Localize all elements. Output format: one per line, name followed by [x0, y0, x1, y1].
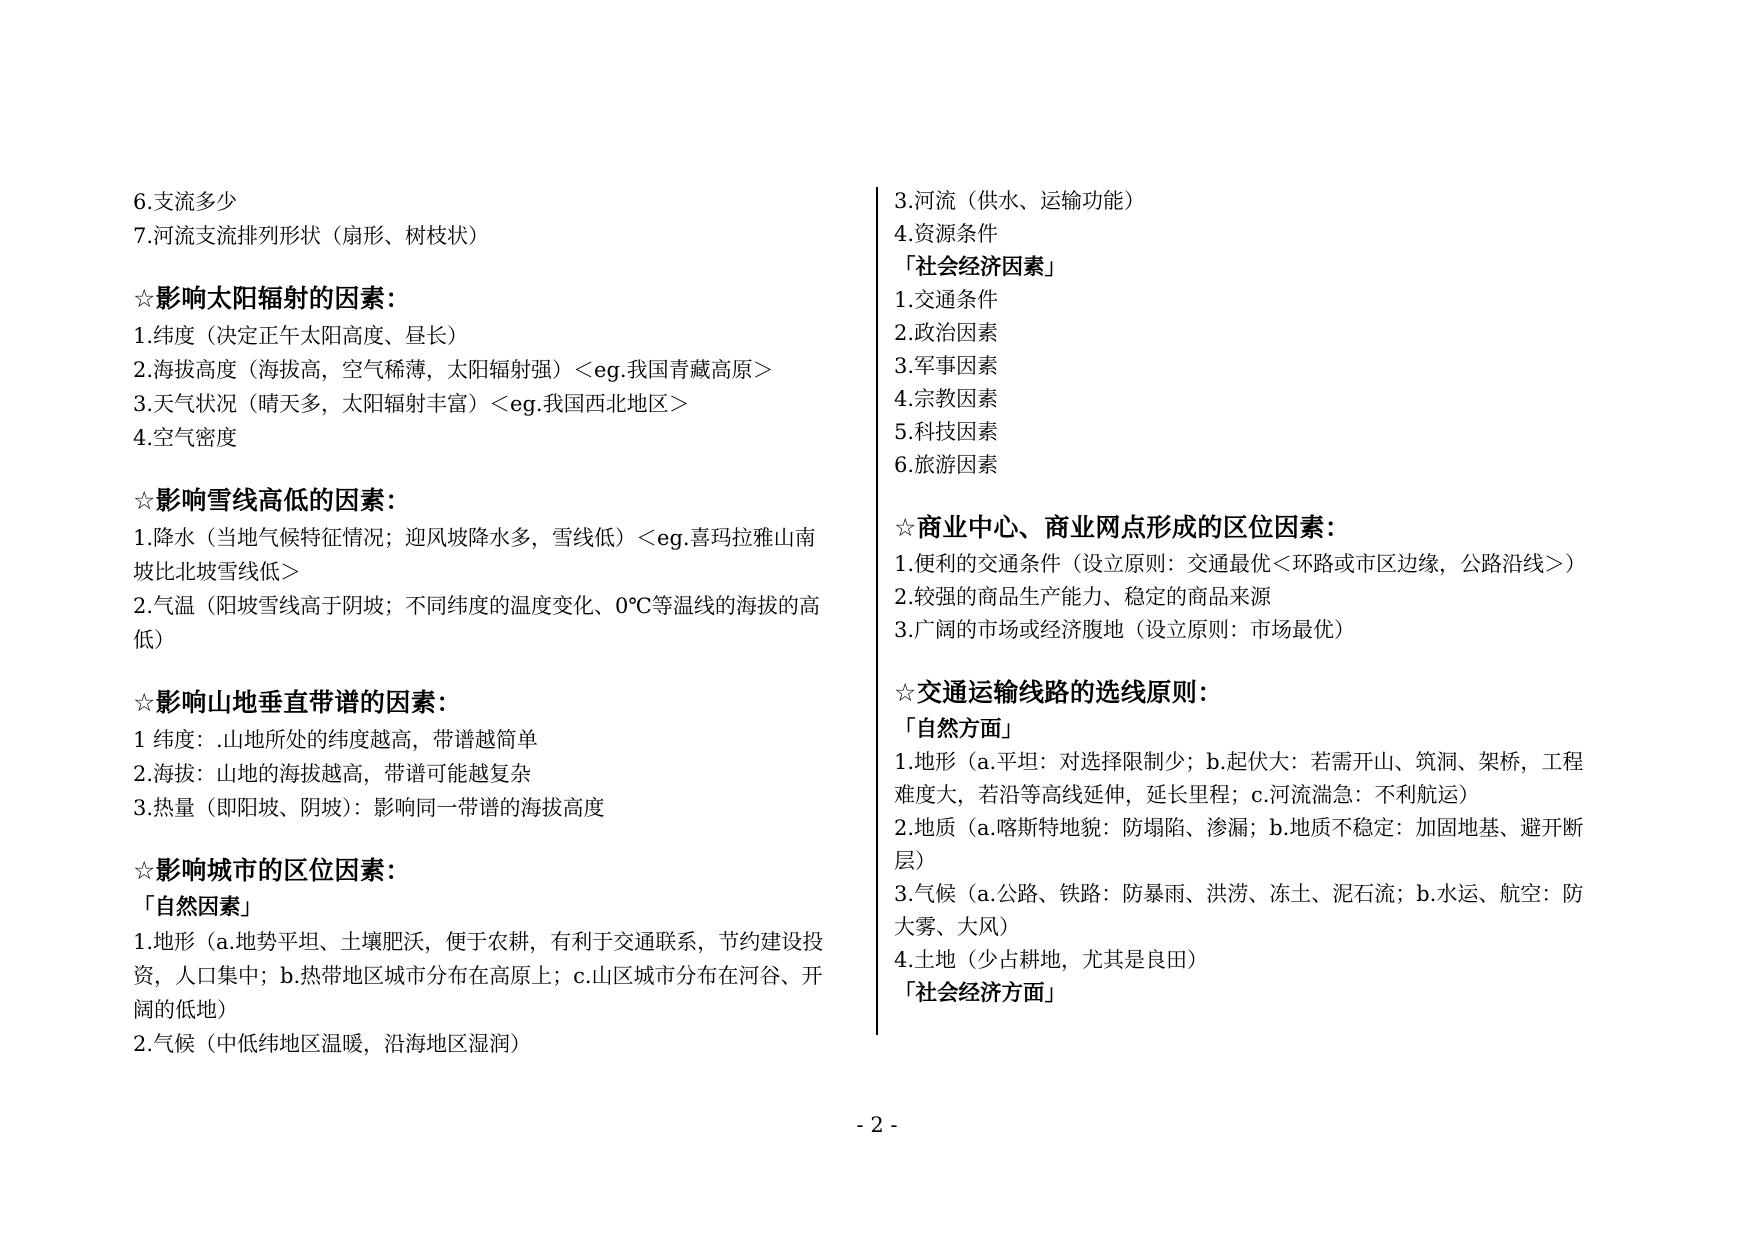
text-line: 1.交通条件 — [894, 284, 1640, 317]
text-line: 3.气候（a.公路、铁路：防暴雨、洪涝、冻土、泥石流；b.水运、航空：防 — [894, 878, 1640, 911]
subsection-heading: 「社会经济方面」 — [894, 977, 1640, 1010]
page-footer: - 2 - — [0, 1113, 1754, 1137]
text-line: 1.便利的交通条件（设立原则：交通最优＜环路或市区边缘，公路沿线＞） — [894, 548, 1640, 581]
text-line: 资，人口集中；b.热带地区城市分布在高原上；c.山区城市分布在河谷、开 — [133, 959, 855, 993]
section-heading: ☆影响雪线高低的因素： — [133, 481, 855, 521]
page-number: - 2 - — [857, 1113, 898, 1137]
text-line: 1 纬度：.山地所处的纬度越高，带谱越简单 — [133, 723, 855, 757]
text-line: 7.河流支流排列形状（扇形、树枝状） — [133, 219, 855, 253]
subsection-heading: 「自然方面」 — [894, 713, 1640, 746]
text-line: 层） — [894, 845, 1640, 878]
subsection-heading: 「社会经济因素」 — [894, 251, 1640, 284]
text-line: 2.政治因素 — [894, 317, 1640, 350]
text-line: 2.气候（中低纬地区温暖，沿海地区湿润） — [133, 1027, 855, 1061]
text-line: 1.降水（当地气候特征情况；迎风坡降水多，雪线低）＜eg.喜玛拉雅山南 — [133, 521, 855, 555]
text-line: 难度大，若沿等高线延伸，延长里程；c.河流湍急：不利航运） — [894, 779, 1640, 812]
text-line: 3.天气状况（晴天多，太阳辐射丰富）＜eg.我国西北地区＞ — [133, 387, 855, 421]
text-line: 阔的低地） — [133, 993, 855, 1027]
text-line: 1.地形（a.地势平坦、土壤肥沃，便于农耕，有利于交通联系，节约建设投 — [133, 925, 855, 959]
text-line: 2.海拔：山地的海拔越高，带谱可能越复杂 — [133, 757, 855, 791]
text-line: 2.海拔高度（海拔高，空气稀薄，太阳辐射强）＜eg.我国青藏高原＞ — [133, 353, 855, 387]
text-line: 3.军事因素 — [894, 350, 1640, 383]
text-line: 4.土地（少占耕地，尤其是良田） — [894, 944, 1640, 977]
text-line: 1.地形（a.平坦：对选择限制少；b.起伏大：若需开山、筑洞、架桥，工程 — [894, 746, 1640, 779]
text-line: 4.宗教因素 — [894, 383, 1640, 416]
text-line: 坡比北坡雪线低＞ — [133, 555, 855, 589]
left-column: 6.支流多少7.河流支流排列形状（扇形、树枝状）☆影响太阳辐射的因素：1.纬度（… — [133, 185, 855, 1061]
text-line: 大雾、大风） — [894, 911, 1640, 944]
text-line: 4.空气密度 — [133, 421, 855, 455]
section-heading: ☆商业中心、商业网点形成的区位因素： — [894, 508, 1640, 548]
text-line: 3.广阔的市场或经济腹地（设立原则：市场最优） — [894, 614, 1640, 647]
section-heading: ☆影响城市的区位因素： — [133, 851, 855, 891]
text-line: 2.气温（阳坡雪线高于阴坡；不同纬度的温度变化、0℃等温线的海拔的高 — [133, 589, 855, 623]
column-divider — [876, 187, 878, 1035]
text-line: 2.较强的商品生产能力、稳定的商品来源 — [894, 581, 1640, 614]
section-heading: ☆交通运输线路的选线原则： — [894, 673, 1640, 713]
text-line: 1.纬度（决定正午太阳高度、昼长） — [133, 319, 855, 353]
text-line: 3.热量（即阳坡、阴坡）：影响同一带谱的海拔高度 — [133, 791, 855, 825]
text-line: 低） — [133, 623, 855, 657]
right-column: 3.河流（供水、运输功能）4.资源条件「社会经济因素」1.交通条件2.政治因素3… — [894, 185, 1640, 1010]
text-line: 5.科技因素 — [894, 416, 1640, 449]
text-line: 2.地质（a.喀斯特地貌：防塌陷、渗漏；b.地质不稳定：加固地基、避开断 — [894, 812, 1640, 845]
section-heading: ☆影响太阳辐射的因素： — [133, 279, 855, 319]
text-line: 3.河流（供水、运输功能） — [894, 185, 1640, 218]
text-line: 6.支流多少 — [133, 185, 855, 219]
section-heading: ☆影响山地垂直带谱的因素： — [133, 683, 855, 723]
text-line: 6.旅游因素 — [894, 449, 1640, 482]
document-page: 6.支流多少7.河流支流排列形状（扇形、树枝状）☆影响太阳辐射的因素：1.纬度（… — [0, 0, 1754, 1241]
text-line: 4.资源条件 — [894, 218, 1640, 251]
subsection-heading: 「自然因素」 — [133, 891, 855, 925]
